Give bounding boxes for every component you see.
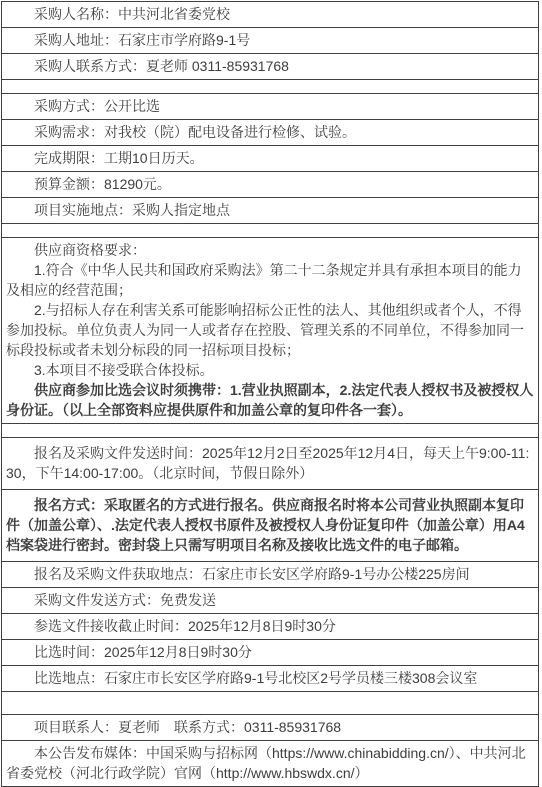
registration-send-time-row: 报名及采购文件发送时间：2025年12月2日至2025年12月4日，每天上午9:… [1,437,539,490]
row-text: 预算金额：81290元。 [6,174,534,194]
row-text: 报名方式：采取匿名的方式进行报名。供应商报名时将本公司营业执照副本复印件（加盖公… [6,495,534,555]
row-text: 采购人名称：中共河北省委党校 [6,4,534,24]
implementation-location-row: 项目实施地点：采购人指定地点 [1,197,539,224]
row-text: 项目实施地点：采购人指定地点 [6,200,534,220]
row-text: 采购文件发送方式：免费发送 [6,590,534,610]
row-text: 3.本项目不接受联合体投标。 [6,360,534,380]
row-text: 采购人地址：石家庄市学府路9-1号 [6,30,534,50]
row-text: 报名及采购文件获取地点：石家庄市长安区学府路9-1号办公楼225房间 [6,564,534,584]
purchaser-contact-row: 采购人联系方式：夏老师 0311-85931768 [1,53,539,80]
spacer-row [1,223,539,238]
publication-media-row: 本公告发布媒体：中国采购与招标网（https://www.chinabiddin… [1,740,539,787]
row-text: 2.与招标人存在利害关系可能影响招标公正性的法人、其他组织或者个人，不得参加投标… [6,300,534,360]
row-text: 比选时间：2025年12月8日9时30分 [6,642,534,662]
comparison-time-row: 比选时间：2025年12月8日9时30分 [1,639,539,666]
row-text: 参选文件接收截止时间：2025年12月8日9时30分 [6,616,534,636]
completion-deadline-row: 完成期限：工期10日历天。 [1,145,539,172]
purchaser-name-row: 采购人名称：中共河北省委党校 [1,1,539,28]
submission-deadline-row: 参选文件接收截止时间：2025年12月8日9时30分 [1,613,539,640]
spacer-row [1,691,539,715]
row-text: 采购需求：对我校（院）配电设备进行检修、试验。 [6,122,534,142]
supplier-qualification-row: 供应商资格要求：1.符合《中华人民共和国政府采购法》第二十二条规定并具有承担本项… [1,237,539,424]
comparison-location-row: 比选地点：石家庄市长安区学府路9-1号北校区2号学员楼三楼308会议室 [1,665,539,692]
row-text: 完成期限：工期10日历天。 [6,148,534,168]
row-text: 采购方式：公开比选 [6,96,534,116]
document-send-method-row: 采购文件发送方式：免费发送 [1,587,539,614]
procurement-notice-table: 采购人名称：中共河北省委党校采购人地址：石家庄市学府路9-1号采购人联系方式：夏… [1,1,539,787]
registration-method-row: 报名方式：采取匿名的方式进行报名。供应商报名时将本公司营业执照副本复印件（加盖公… [1,489,539,562]
spacer-row [1,79,539,94]
spacer-row [1,423,539,438]
procurement-method-row: 采购方式：公开比选 [1,93,539,120]
row-text: 1.符合《中华人民共和国政府采购法》第二十二条规定并具有承担本项目的能力及相应的… [6,260,534,300]
budget-amount-row: 预算金额：81290元。 [1,171,539,198]
procurement-requirement-row: 采购需求：对我校（院）配电设备进行检修、试验。 [1,119,539,146]
row-text: 本公告发布媒体：中国采购与招标网（https://www.chinabiddin… [6,743,534,783]
document-pickup-location-row: 报名及采购文件获取地点：石家庄市长安区学府路9-1号办公楼225房间 [1,561,539,588]
row-text: 报名及采购文件发送时间：2025年12月2日至2025年12月4日，每天上午9:… [6,443,534,483]
row-text: 比选地点：石家庄市长安区学府路9-1号北校区2号学员楼三楼308会议室 [6,668,534,688]
row-text: 供应商资格要求： [6,240,534,260]
row-text: 项目联系人：夏老师 联系方式：0311-85931768 [6,717,534,737]
purchaser-address-row: 采购人地址：石家庄市学府路9-1号 [1,27,539,54]
row-text: 采购人联系方式：夏老师 0311-85931768 [6,56,534,76]
project-contact-row: 项目联系人：夏老师 联系方式：0311-85931768 [1,714,539,741]
row-text: 供应商参加比选会议时须携带：1.营业执照副本，2.法定代表人授权书及被授权人身份… [6,380,534,420]
